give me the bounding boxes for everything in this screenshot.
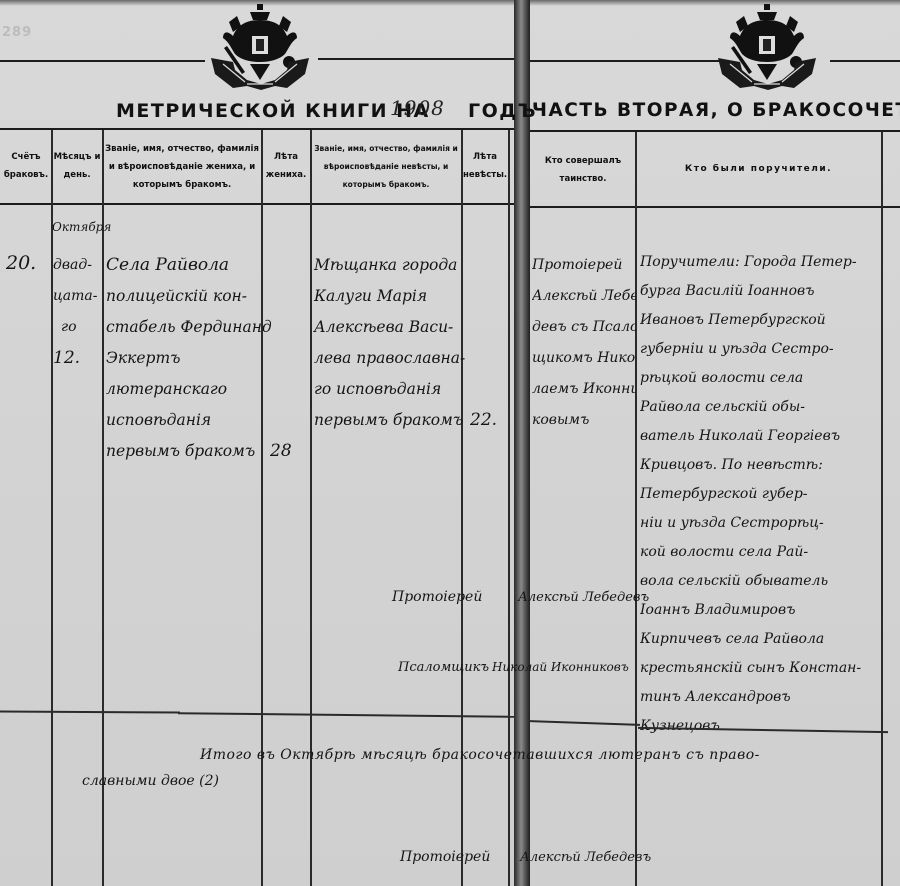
footer-signature-name: Алексѣй Лебедевъ [520,842,651,873]
title-year: 1908 [390,96,445,120]
top-rule-left-a [0,60,205,62]
header-groom-age: Лѣта жениха. [263,148,309,184]
top-rule-left-b [318,58,514,60]
header-witnesses: Кто были поручители. [637,160,880,178]
top-rule-right-a [530,60,720,62]
summary-line-2: славными двое (2) [82,766,219,797]
header-month-day: Мѣсяцъ и день. [53,148,101,184]
column-divider [635,132,637,886]
officiant-details: Протоіерей Алексѣй Лебе- девъ съ Псалом-… [532,250,636,436]
header-top-rule-left [0,128,514,130]
header-bottom-rule-left [0,203,514,205]
groom-age: 28 [270,436,292,467]
signature-priest-name: Алексѣй Лебедевъ [518,582,649,613]
double-headed-eagle-icon [712,2,822,94]
header-bottom-rule-right [530,206,900,208]
header-top-rule-right [530,130,900,132]
left-title-suffix: ГОДЪ [468,100,537,122]
header-officiant: Кто совершалъ таинство. [532,152,634,188]
header-groom-info: Званіе, имя, отчество, фамилія и вѣроисп… [104,140,260,194]
column-divider [461,130,463,886]
header-bride-info: Званіе, имя, отчество, фамилія и вѣроисп… [312,140,460,194]
right-title: ЧАСТЬ ВТОРАЯ, О БРАКОСОЧЕТАВШИ [532,100,900,121]
column-divider [881,132,883,886]
footer-signature-title: Протоіерей [400,842,490,873]
header-bride-age: Лѣта невѣсты. [463,148,507,184]
signature-priest-title: Протоіерей [392,582,482,613]
bride-details: Мѣщанка города Калуги Марія Алексѣева Ва… [314,250,464,436]
left-title: МЕТРИЧЕСКОЙ КНИГИ НА [116,100,430,122]
ghost-page-number: 289 [2,25,32,40]
column-divider [310,130,312,886]
entry-day: двад- цата- го 12. [53,250,97,374]
entry-number: 20. [6,248,36,279]
header-marriage-count: Счётъ браковъ. [2,148,50,184]
signature-psalmist-name: Николай Иконниковъ [492,652,629,683]
column-divider [261,130,263,886]
double-headed-eagle-icon [205,2,315,94]
groom-details: Села Райвола полицейскій кон- стабель Фе… [106,250,276,467]
column-divider [51,130,53,886]
signature-psalmist-title: Псаломщикъ [398,652,489,683]
top-rule-right-b [830,60,900,62]
column-divider [508,130,510,886]
entry-month: Октября [52,212,111,243]
bride-age: 22. [470,405,497,436]
summary-line-1: Итого въ Октябрѣ мѣсяцѣ бракосочетавшихс… [200,740,760,771]
witnesses-details: Поручители: Города Петер- бурга Василій … [640,248,880,741]
